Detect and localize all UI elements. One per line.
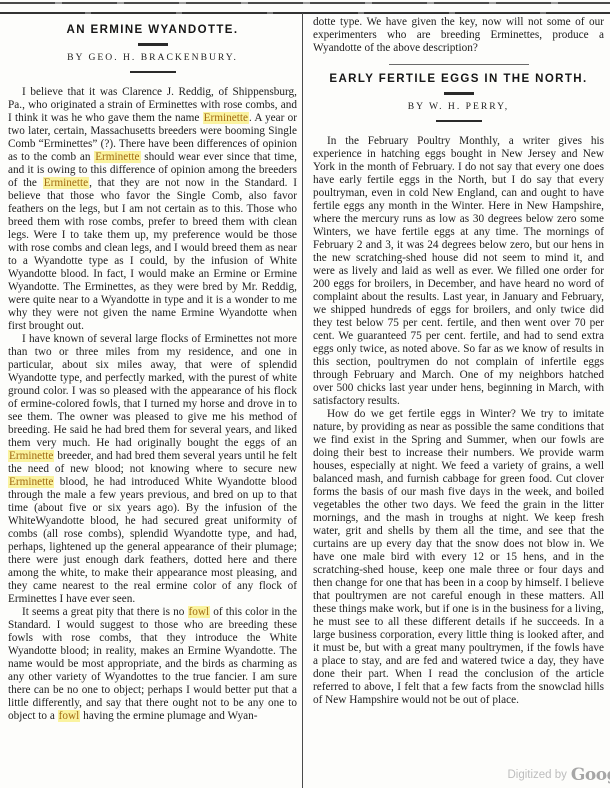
top-horizontal-rule bbox=[0, 2, 610, 4]
byline-rule bbox=[436, 120, 482, 122]
scanned-document-page: AN ERMINE WYANDOTTE. BY GEO. H. BRACKENB… bbox=[0, 0, 610, 788]
article-separator-rule bbox=[389, 64, 529, 65]
search-highlight: Erminette bbox=[203, 112, 249, 124]
search-highlight: Erminette bbox=[43, 177, 89, 189]
header-horizontal-rule bbox=[0, 12, 610, 14]
search-highlight: Erminette bbox=[8, 476, 54, 488]
left-article-title: AN ERMINE WYANDOTTE. bbox=[8, 24, 297, 36]
left-column: AN ERMINE WYANDOTTE. BY GEO. H. BRACKENB… bbox=[8, 16, 297, 723]
left-article-byline: BY GEO. H. BRACKENBURY. bbox=[8, 52, 297, 63]
title-rule bbox=[138, 43, 168, 46]
search-highlight: fowl bbox=[58, 710, 81, 722]
search-highlight: Erminette bbox=[94, 151, 140, 163]
search-highlight: fowl bbox=[188, 606, 211, 618]
left-paragraph-2: I have known of several large flocks of … bbox=[8, 333, 297, 606]
google-logo: Goog bbox=[571, 765, 610, 785]
watermark-prefix: Digitized by bbox=[507, 769, 566, 781]
left-paragraph-1: I believe that it was Clarence J. Reddig… bbox=[8, 86, 297, 333]
digitized-watermark: Digitized by Goog bbox=[507, 765, 610, 785]
right-article-byline: BY W. H. PERRY, bbox=[313, 101, 604, 112]
right-column: dotte type. We have given the key, now w… bbox=[313, 16, 604, 707]
left-paragraph-3: It seems a great pity that there is no f… bbox=[8, 606, 297, 723]
right-article-title: EARLY FERTILE EGGS IN THE NORTH. bbox=[313, 73, 604, 85]
search-highlight: Erminette bbox=[8, 450, 54, 462]
column-divider-rule bbox=[302, 13, 303, 788]
right-paragraph-2: How do we get fertile eggs in Winter? We… bbox=[313, 408, 604, 707]
right-paragraph-1: In the February Poultry Monthly, a write… bbox=[313, 135, 604, 408]
byline-rule bbox=[130, 71, 176, 73]
title-rule bbox=[444, 92, 474, 95]
continuation-paragraph: dotte type. We have given the key, now w… bbox=[313, 16, 604, 55]
